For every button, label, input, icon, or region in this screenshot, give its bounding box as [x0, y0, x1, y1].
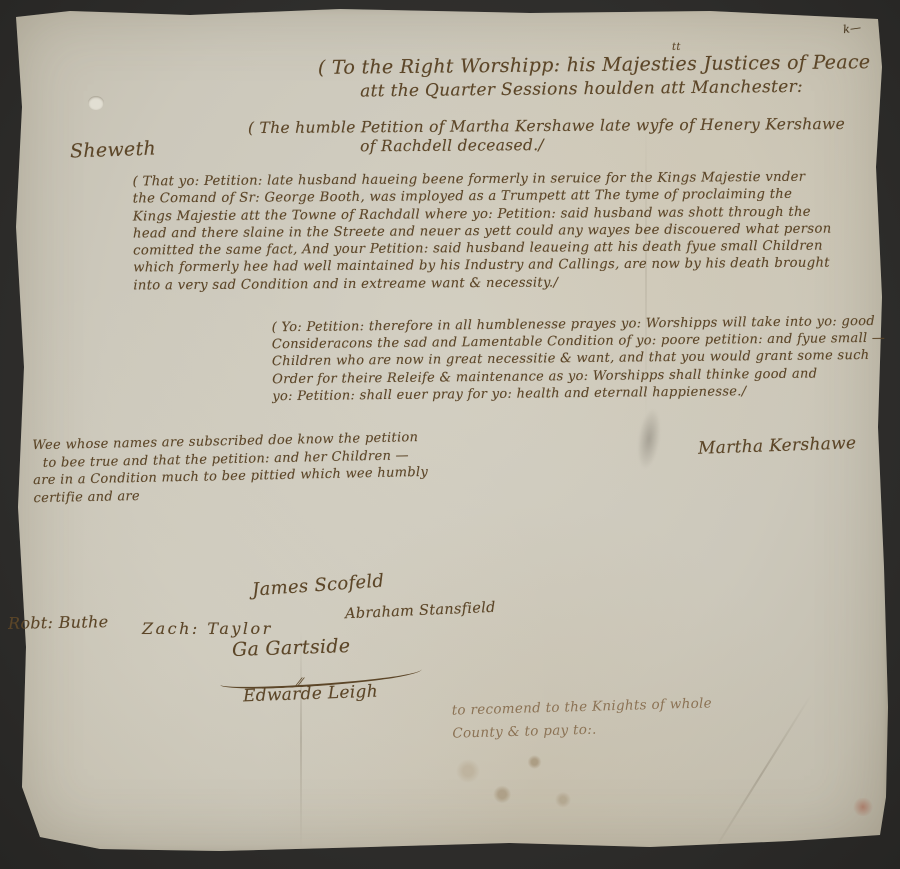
corner-ink-mark: k—	[842, 21, 862, 36]
photo-stage: k— tt ( To the Right Worshipp: his Majes…	[0, 0, 900, 869]
clerk-note: to recomend to the Knights of whole Coun…	[451, 692, 713, 745]
superscript-mark: tt	[672, 42, 681, 53]
prayer-paragraph: ( Yo: Petition: therefore in all humblen…	[272, 313, 886, 405]
petition-title: ( The humble Petition of Martha Kershawe…	[248, 115, 845, 156]
sheweth-label: Sheweth	[70, 138, 157, 163]
petition-title-line-2: of Rachdell deceased./	[360, 134, 845, 155]
attestation-paragraph: Wee whose names are subscribed doe know …	[32, 429, 428, 508]
signature-zach-taylor: Zach: Taylor	[142, 619, 273, 638]
document-heading: ( To the Right Worshipp: his Majesties J…	[318, 51, 871, 102]
body-paragraph: ( That yo: Petition: late husband hauein…	[133, 169, 832, 295]
signature-robt-buthe: Robt: Buthe	[8, 612, 109, 633]
heading-line-1: ( To the Right Worshipp: his Majesties J…	[318, 51, 871, 79]
signature-ga-gartside: Ga Gartside	[232, 635, 351, 661]
